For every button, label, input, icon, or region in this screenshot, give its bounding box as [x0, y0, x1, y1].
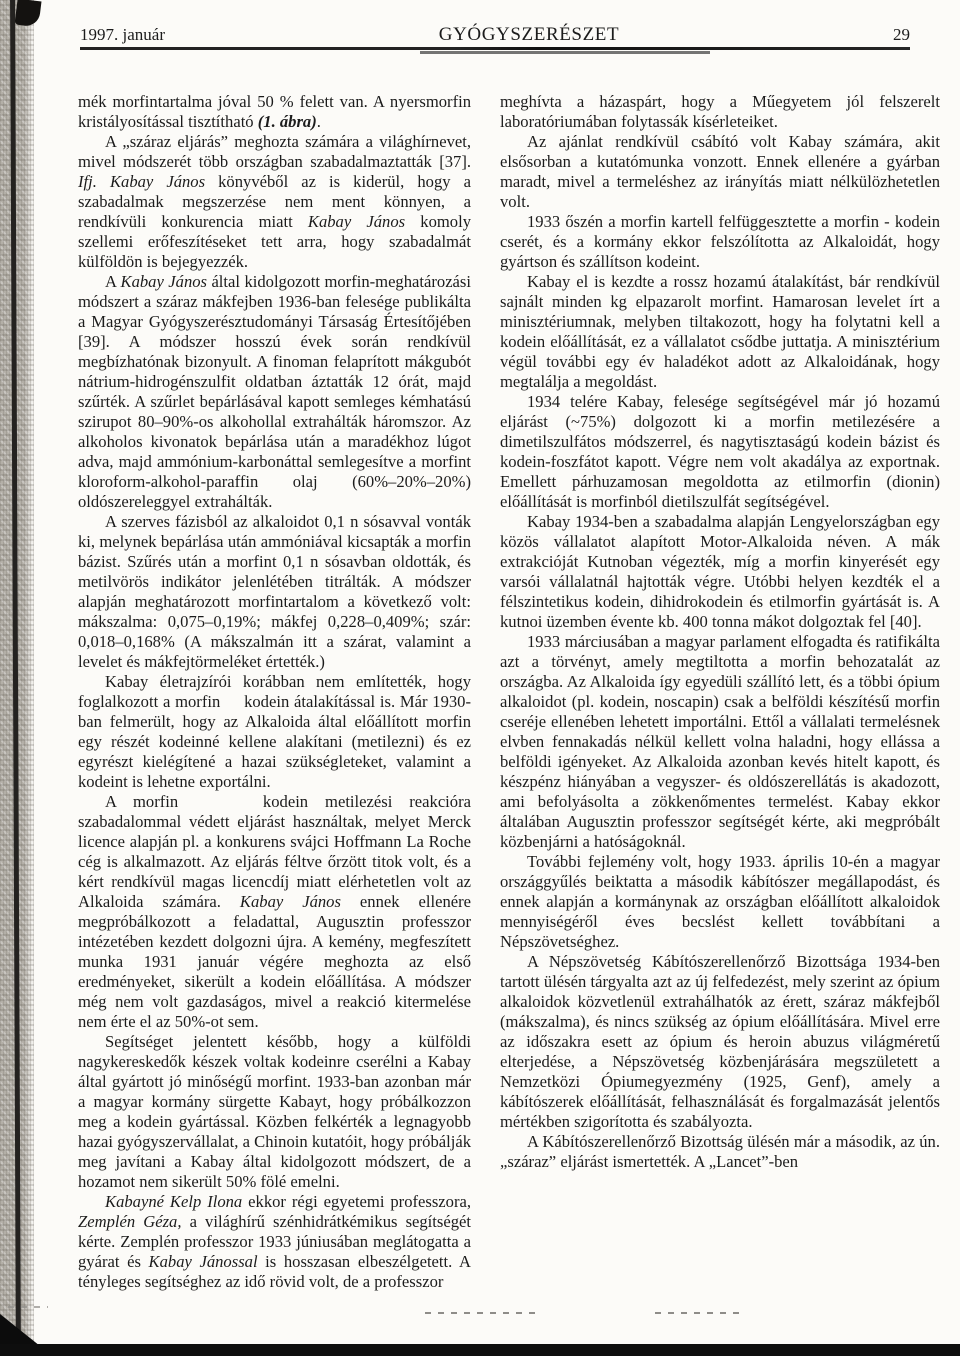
- page-number: 29: [893, 25, 910, 45]
- paragraph: Kabay el is kezdte a rossz hozamú átalak…: [500, 272, 940, 392]
- paragraph: Az ajánlat rendkívül csábító volt Kabay …: [500, 132, 940, 212]
- paragraph: A „száraz eljárás” meghozta számára a vi…: [78, 132, 471, 272]
- paragraph: Kabay 1934-ben a szabadalma alapján Leng…: [500, 512, 940, 632]
- paragraph: A morfin kodein metilezési reakcióra sza…: [78, 792, 471, 1032]
- scanned-journal-page: 1997. január GYÓGYSZERÉSZET 29 mék morfi…: [0, 0, 960, 1356]
- paragraph: 1933 őszén a morfin kartell felfüggeszte…: [500, 212, 940, 272]
- paragraph: meghívta a házaspárt, hogy a Műegyetem j…: [500, 92, 940, 132]
- paragraph: 1933 márciusában a magyar parlament elfo…: [500, 632, 940, 852]
- paragraph: Kabayné Kelp Ilona ekkor régi egyetemi p…: [78, 1192, 471, 1292]
- article-body: mék morfintartalma jóval 50 % felett van…: [78, 92, 940, 1292]
- left-column: mék morfintartalma jóval 50 % felett van…: [78, 92, 471, 1292]
- paragraph: A szerves fázisból az alkaloidot 0,1 n s…: [78, 512, 471, 672]
- journal-title: GYÓGYSZERÉSZET: [439, 24, 619, 46]
- scan-corner-artifact: [15, 0, 42, 27]
- scan-dash-artifact: [8, 1306, 48, 1308]
- paragraph: A Népszövetség Kábítószerellenőrző Bizot…: [500, 952, 940, 1132]
- scan-binding-edge: [0, 0, 34, 1356]
- header-rule: [80, 47, 910, 50]
- paragraph: Segítséget jelentett később, hogy a külf…: [78, 1032, 471, 1192]
- paragraph: Kabay életrajzírói korábban nem említett…: [78, 672, 471, 792]
- paragraph: 1934 telére Kabay, felesége segítségével…: [500, 392, 940, 512]
- scan-bottom-bar: [0, 1344, 960, 1356]
- paragraph: mék morfintartalma jóval 50 % felett van…: [78, 92, 471, 132]
- scan-binding-line: [10, 0, 21, 1356]
- paragraph: A Kábítószerellenőrző Bizottság ülésén m…: [500, 1132, 940, 1172]
- page-header: 1997. január GYÓGYSZERÉSZET 29: [80, 24, 910, 46]
- right-column: meghívta a házaspárt, hogy a Műegyetem j…: [500, 92, 940, 1292]
- scan-dash-artifact: [655, 1312, 745, 1314]
- paragraph: További fejlemény volt, hogy 1933. ápril…: [500, 852, 940, 952]
- scan-dash-artifact: [425, 1312, 535, 1314]
- issue-date: 1997. január: [80, 25, 165, 45]
- paragraph: A Kabay János által kidolgozott morfin-m…: [78, 272, 471, 512]
- header-rule-smudge: [420, 51, 710, 54]
